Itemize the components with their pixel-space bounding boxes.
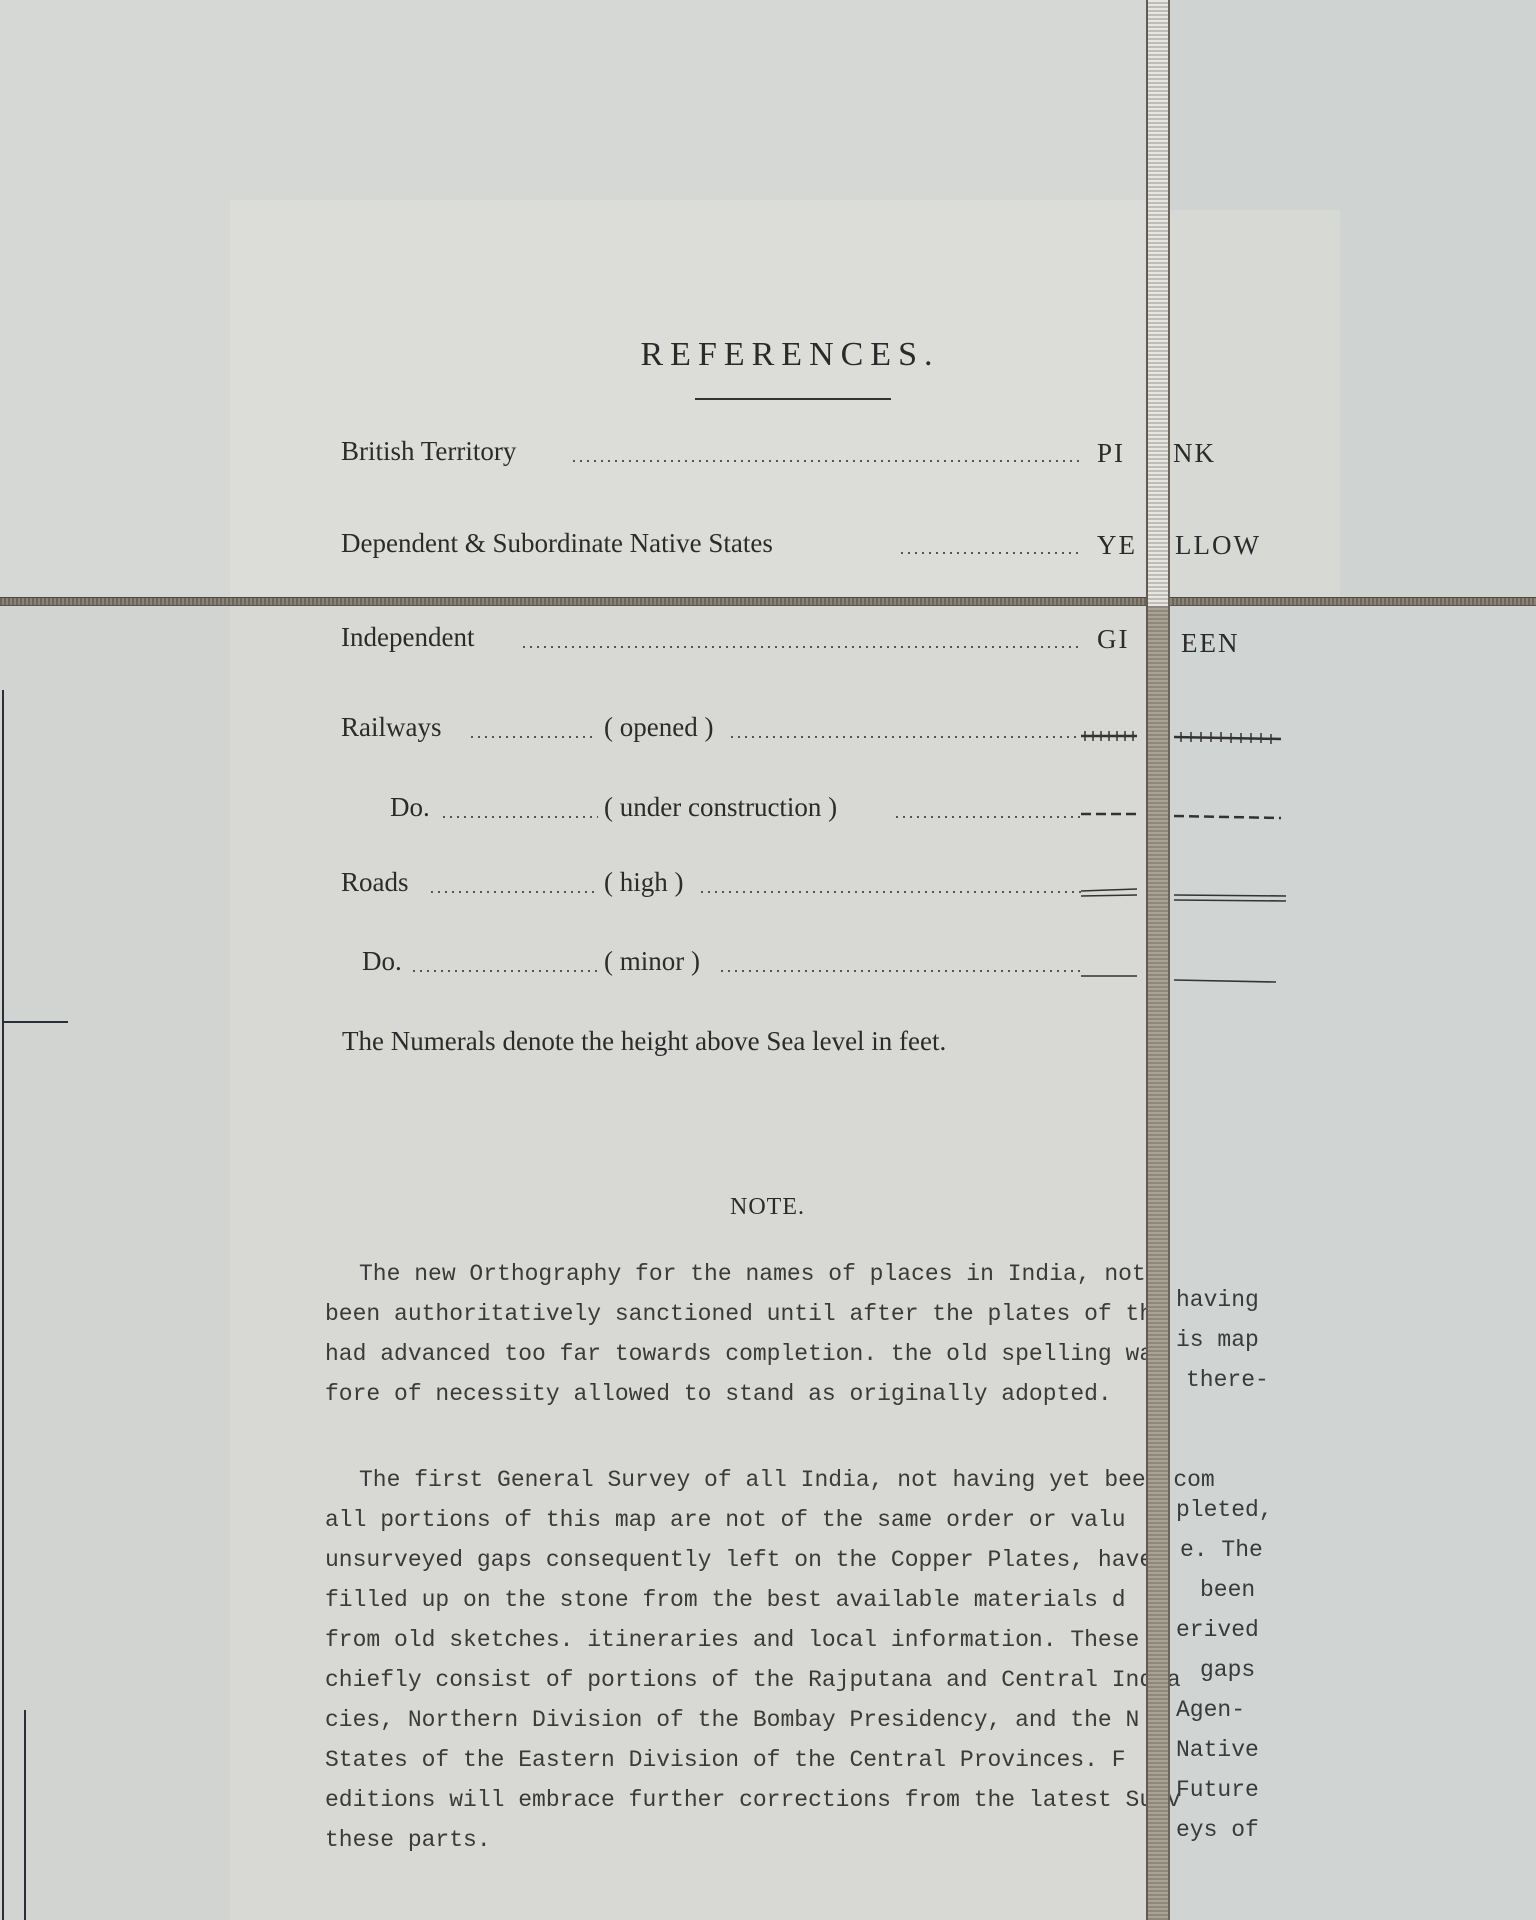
dot-leader	[896, 816, 1081, 818]
reference-color-value-right: LLOW	[1175, 530, 1261, 561]
reference-sub-label: ( minor )	[604, 946, 700, 977]
paragraph-line: all portions of this map are not of the …	[325, 1500, 1145, 1540]
reference-label: Railways	[341, 712, 442, 743]
paragraph-fragment: been	[1176, 1570, 1326, 1610]
paragraph-fragment: there-	[1176, 1360, 1326, 1400]
dot-leader	[901, 552, 1081, 554]
railway-under-construction-symbol	[1081, 806, 1481, 826]
note-paragraph-survey-right-fragment: pleted, e. The been erived gaps Agen- Na…	[1176, 1490, 1326, 1850]
dot-leader	[731, 736, 1081, 738]
paragraph-fragment: eys of	[1176, 1810, 1326, 1850]
note-paragraph-orthography: The new Orthography for the names of pla…	[325, 1254, 1145, 1414]
dot-leader	[471, 736, 596, 738]
paragraph-fragment: Native	[1176, 1730, 1326, 1770]
paragraph-line: The new Orthography for the names of pla…	[325, 1254, 1145, 1294]
paragraph-line: unsurveyed gaps consequently left on the…	[325, 1540, 1145, 1580]
paragraph-line: been authoritatively sanctioned until af…	[325, 1294, 1145, 1334]
dot-leader	[413, 970, 598, 972]
paragraph-line: from old sketches. itineraries and local…	[325, 1620, 1145, 1660]
paragraph-line: filled up on the stone from the best ava…	[325, 1580, 1145, 1620]
paragraph-fragment: is map	[1176, 1320, 1326, 1360]
paragraph-fragment: gaps	[1176, 1650, 1326, 1690]
paragraph-fragment: having	[1176, 1280, 1326, 1320]
road-minor-symbol	[1081, 958, 1481, 988]
vertical-fold-hinge-lower	[1146, 606, 1170, 1920]
reference-sub-label: ( opened )	[604, 712, 713, 743]
references-title: REFERENCES.	[580, 336, 1000, 374]
paragraph-fragment: Future	[1176, 1770, 1326, 1810]
dot-leader	[573, 460, 1081, 462]
dot-leader	[431, 891, 596, 893]
reference-sub-label: ( under construction )	[604, 792, 837, 823]
dot-leader	[443, 816, 598, 818]
paragraph-line: these parts.	[325, 1820, 1145, 1860]
reference-label: Independent	[341, 622, 474, 653]
paragraph-line: cies, Northern Division of the Bombay Pr…	[325, 1700, 1145, 1740]
note-title: NOTE.	[730, 1194, 805, 1221]
note-paragraph-orthography-right-fragment: having is map there-	[1176, 1280, 1326, 1400]
reference-label: Roads	[341, 867, 409, 898]
map-border-tick	[4, 1021, 68, 1023]
paragraph-fragment: Agen-	[1176, 1690, 1326, 1730]
reference-sub-label: ( high )	[604, 867, 683, 898]
paragraph-line: The first General Survey of all India, n…	[325, 1460, 1145, 1500]
road-high-symbol	[1081, 879, 1481, 909]
note-paragraph-survey: The first General Survey of all India, n…	[325, 1460, 1145, 1860]
reference-color-value-right: EEN	[1181, 628, 1239, 659]
reference-color-value: GI	[1097, 624, 1130, 655]
map-border-line	[2, 690, 4, 1920]
paragraph-line: States of the Eastern Division of the Ce…	[325, 1740, 1145, 1780]
reference-label: Do.	[390, 792, 430, 823]
paragraph-fragment: erived	[1176, 1610, 1326, 1650]
dot-leader	[701, 891, 1081, 893]
paragraph-fragment: pleted,	[1176, 1490, 1326, 1530]
reference-color-value-right: NK	[1173, 438, 1216, 469]
map-border-line-inner	[24, 1710, 26, 1920]
railway-opened-symbol	[1081, 726, 1481, 746]
reference-color-value: YE	[1097, 530, 1137, 561]
horizontal-fold-hinge	[0, 597, 1536, 606]
reference-label: Dependent & Subordinate Native States	[341, 528, 773, 559]
numerals-note: The Numerals denote the height above Sea…	[342, 1026, 946, 1057]
paragraph-line: fore of necessity allowed to stand as or…	[325, 1374, 1145, 1414]
reference-label: British Territory	[341, 436, 516, 467]
paragraph-line: chiefly consist of portions of the Rajpu…	[325, 1660, 1145, 1700]
title-underline	[695, 398, 891, 400]
paragraph-line: editions will embrace further correction…	[325, 1780, 1145, 1820]
paragraph-fragment: e. The	[1176, 1530, 1326, 1570]
paragraph-line: had advanced too far towards completion.…	[325, 1334, 1145, 1374]
dot-leader	[523, 646, 1081, 648]
reference-label: Do.	[362, 946, 402, 977]
reference-color-value: PI	[1097, 438, 1125, 469]
dot-leader	[721, 970, 1081, 972]
